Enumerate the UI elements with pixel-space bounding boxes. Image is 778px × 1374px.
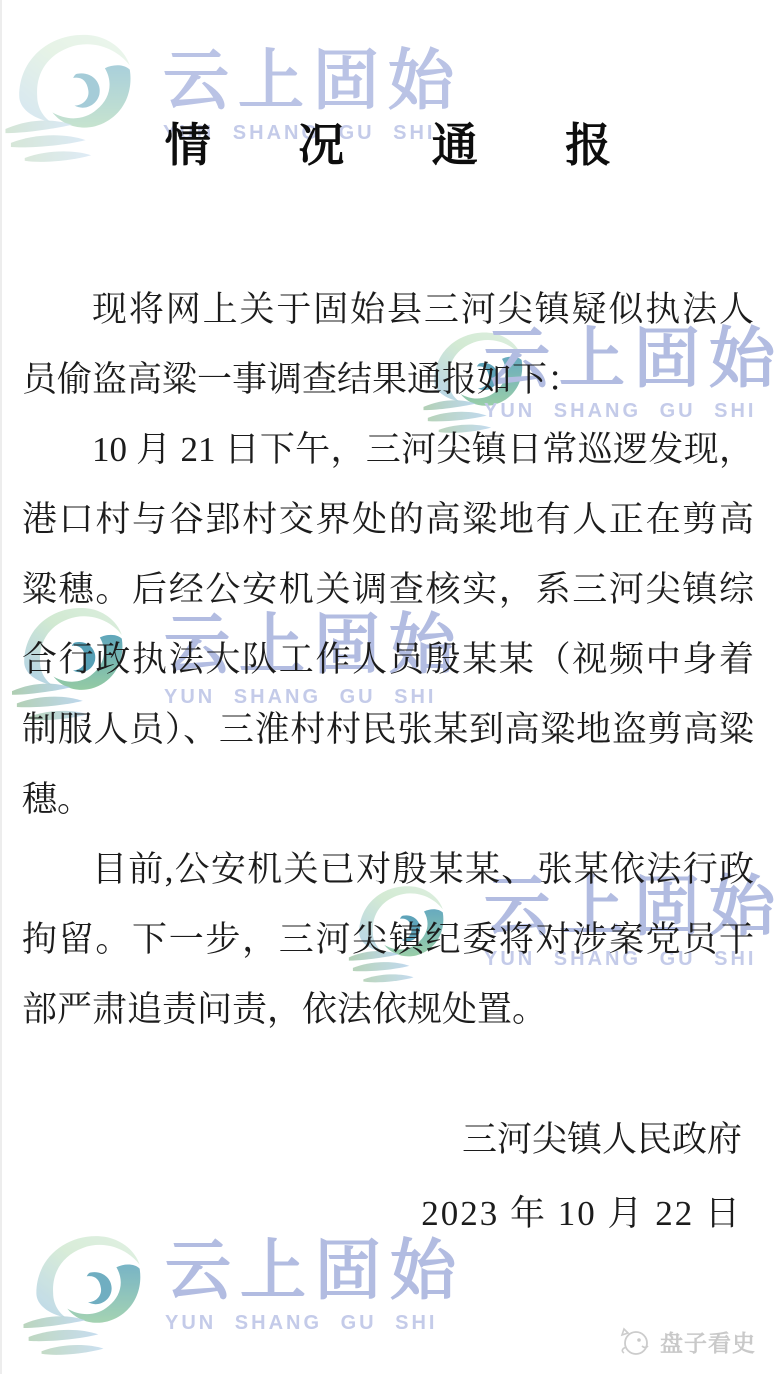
page-title: 情 况 通 报 bbox=[22, 118, 754, 174]
issuing-authority: 三河尖镇人民政府 bbox=[22, 1103, 742, 1177]
publisher-badge-label: 盘子看史 bbox=[660, 1325, 756, 1358]
watermark-subtext: YUN SHANG GU SHI bbox=[165, 1312, 465, 1335]
panzi-kanshi-logo-icon bbox=[618, 1327, 654, 1357]
paragraph-findings: 10 月 21 日下午，三河尖镇日常巡逻发现，港口村与谷郢村交界处的高粱地有人正… bbox=[22, 415, 754, 835]
notice-body: 情 况 通 报 现将网上关于固始县三河尖镇疑似执法人员偷盗高粱一事调查结果通报如… bbox=[0, 0, 778, 1251]
paragraph-intro: 现将网上关于固始县三河尖镇疑似执法人员偷盗高粱一事调查结果通报如下： bbox=[22, 275, 754, 415]
publisher-badge: 盘子看史 bbox=[618, 1325, 756, 1358]
signature-block: 三河尖镇人民政府 2023 年 10 月 22 日 bbox=[22, 1103, 754, 1251]
notice-page: 云上固始 YUN SHANG GU SHI 云上固始 YUN SHANG GU … bbox=[0, 0, 778, 1374]
paragraph-measures: 目前,公安机关已对殷某某、张某依法行政拘留。下一步，三河尖镇纪委将对涉案党员干部… bbox=[22, 835, 754, 1045]
notice-paragraphs: 现将网上关于固始县三河尖镇疑似执法人员偷盗高粱一事调查结果通报如下： 10 月 … bbox=[22, 275, 754, 1045]
issue-date: 2023 年 10 月 22 日 bbox=[22, 1177, 742, 1251]
